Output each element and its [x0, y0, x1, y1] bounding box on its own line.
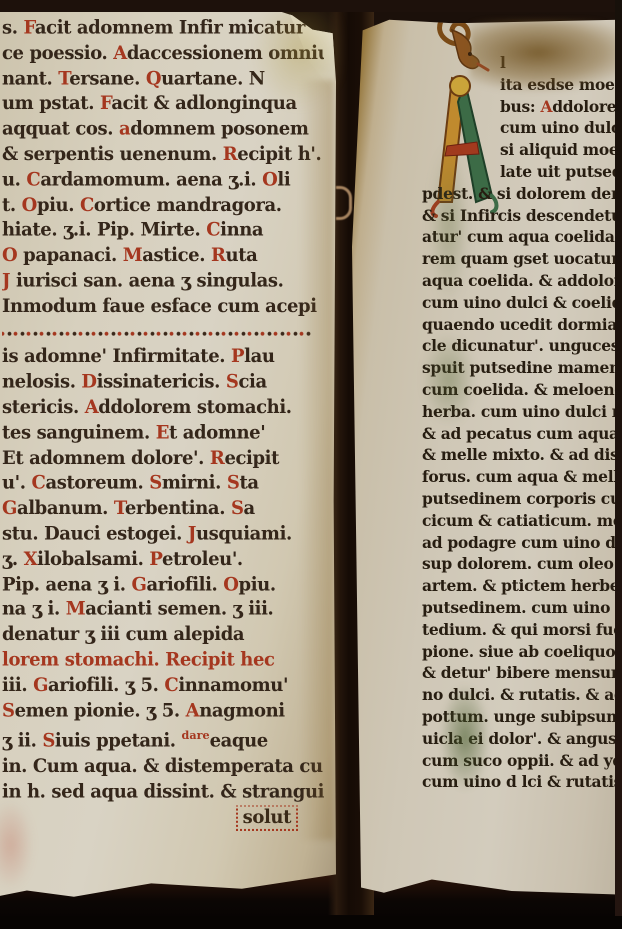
rubric-text: S: [2, 700, 15, 721]
ink-text: etroleu'.: [162, 548, 243, 569]
ink-text: cum uino d lci & rutatis. & ur: [422, 772, 618, 791]
rubric-text: C: [26, 169, 40, 190]
ink-text: ersane.: [69, 68, 146, 89]
ink-text: in. Cum aqua. & distemperata cu': [2, 756, 324, 777]
frame-bottom: [0, 916, 622, 929]
rubric-text: Q: [146, 68, 161, 89]
text-line: cum suco oppii. & ad ydropici: [422, 750, 618, 772]
rubric-text: M: [66, 599, 86, 620]
ink-text: u'.: [2, 472, 32, 493]
ink-text: ce poessio.: [2, 42, 113, 63]
text-line: nant. Tersane. Quartane. N: [2, 67, 324, 92]
text-line: forus. cum aqua & melle: [422, 466, 618, 488]
ink-text: spuit putsedine mamensi: [422, 358, 618, 377]
text-line: ita esdse moelus: [422, 74, 618, 96]
ink-text: artem. & ptictem herbe nat: [422, 576, 618, 595]
ink-text: ʒ.: [2, 548, 24, 569]
ink-text: pottum. unge subipsum: [422, 707, 618, 726]
ink-text: in h. sed aqua dissint. & stranguina: [2, 781, 324, 802]
text-line: ce poessio. Adaccessionem omnium: [2, 41, 324, 66]
ink-text: lau: [244, 346, 274, 367]
text-line: & serpentis uenenum. Recipit h'.: [2, 142, 324, 167]
text-line: stu. Dauci estogei. Jusquiami.: [2, 522, 324, 547]
rubric-text: a: [119, 118, 130, 139]
ink-text: denatur ʒ iii cum alepida: [2, 624, 244, 645]
ink-text: & serpentis uenenum.: [2, 143, 223, 164]
rubric-text: A: [113, 42, 127, 63]
ink-text: innamomu': [178, 675, 288, 696]
rubric-text: R: [211, 245, 226, 266]
ink-text: uartane. N: [161, 68, 265, 89]
text-line: Semen pionie. ʒ 5. Anagmoni: [2, 699, 324, 724]
text-line: ʒ ii. Siuis ppetani. dareeaque: [2, 724, 324, 754]
ink-text: cum suco oppii. & ad ydropici: [422, 751, 618, 770]
text-line: cum uino d lci & rutatis. & ur: [422, 771, 618, 793]
ink-text: na ʒ i.: [2, 599, 66, 620]
rubric-text: D: [81, 371, 96, 392]
text-line: pdest. & si dolorem dentium: [422, 183, 618, 205]
ink-text: ariofili. ʒ 5.: [48, 675, 164, 696]
ink-text: mirni.: [162, 472, 227, 493]
text-line: rem quam gset uocatur' a: [422, 248, 618, 270]
ink-text: acit & adlonginqua: [111, 93, 296, 114]
ink-text: bus:: [500, 97, 540, 116]
ink-text: ta: [239, 472, 258, 493]
ink-text: & ad pecatus cum aqua coel: [422, 424, 618, 443]
ink-text: cicum & catiaticum. mensi: [422, 511, 618, 530]
ink-text: a: [244, 498, 255, 519]
ink-text: ddolorem stomachi.: [98, 396, 291, 417]
rubric-text: P: [231, 346, 244, 367]
ink-text: & melle mixto. & ad dissi: [422, 445, 618, 464]
text-line: J iurisci san. aena ʒ singulas.: [2, 269, 324, 294]
rubric-text: A: [540, 97, 552, 116]
rubric-text: S: [227, 472, 240, 493]
ink-text: ardamomum. aena ʒ.i.: [40, 169, 262, 190]
rubric-text: X: [24, 548, 38, 569]
ink-text: nagmoni: [199, 700, 285, 721]
text-line: Galbanum. Terbentina. Sa: [2, 497, 324, 522]
ink-text: pdest. & si dolorem dentium: [422, 184, 618, 203]
text-line: s. Facit adomnem Infir micatur': [2, 16, 324, 41]
text-line: spuit putsedine mamensi: [422, 357, 618, 379]
ink-text: l: [500, 53, 506, 72]
rubric-text: S: [149, 472, 162, 493]
text-line: atur' cum aqua coelida & a: [422, 226, 618, 248]
binding-thread: [336, 186, 352, 220]
ink-text: cum uino dulci & coelido m: [422, 293, 618, 312]
left-page-text: s. Facit adomnem Infir micatur'ce poessi…: [0, 16, 324, 830]
ink-text: no dulci. & rutatis. & ad femi: [422, 685, 618, 704]
text-line: bus: Addolorem e: [422, 96, 618, 118]
rubric-text: S: [226, 371, 239, 392]
text-line: aqquat cos. adomnem posonem: [2, 117, 324, 142]
ink-text: ariofili.: [146, 573, 223, 594]
rubric-text: G: [2, 498, 17, 519]
text-line: u'. Castoreum. Smirni. Sta: [2, 471, 324, 496]
text-line: late uit putsedini: [422, 161, 618, 183]
text-line: artem. & ptictem herbe nat: [422, 575, 618, 597]
ink-text: issinatericis.: [97, 371, 226, 392]
text-line: putsedinem. cum uino dul: [422, 597, 618, 619]
ink-text: si aliquid moeli Inip: [500, 140, 618, 159]
text-line: u. Cardamomum. aena ʒ.i. Oli: [2, 168, 324, 193]
text-line: pione. siue ab coeliquo sepone: [422, 641, 618, 663]
text-line: in. Cum aqua. & distemperata cu': [2, 755, 324, 780]
ink-text: cum coelida. & meloencoli: [422, 380, 618, 399]
ink-text: cia: [239, 371, 267, 392]
text-line: aqua coelida. & addolorem: [422, 270, 618, 292]
text-line: Pip. aena ʒ i. Gariofili. Opiu.: [2, 572, 324, 597]
ink-text: ʒ ii.: [2, 730, 42, 751]
rubric-text: C: [206, 219, 220, 240]
text-line: Inmodum faue esface cum acepi: [2, 294, 324, 319]
ink-text: nant.: [2, 68, 58, 89]
rubric-text: A: [186, 700, 200, 721]
ink-text: ddolorem e: [552, 97, 618, 116]
ink-text: usquiami.: [196, 523, 292, 544]
right-page: lita esdse moelusbus: Addolorem ecum uin…: [352, 18, 618, 898]
text-line: nelosis. Dissinatericis. Scia: [2, 370, 324, 395]
ink-text: iuis ppetani.: [55, 730, 182, 751]
ink-text: uta: [226, 245, 258, 266]
text-line: tedium. & qui morsi fuerint: [422, 619, 618, 641]
text-line: tes sanguinem. Et adomne': [2, 421, 324, 446]
ink-text: t adomne': [169, 422, 265, 443]
ink-text: aqua coelida. & addolorem: [422, 271, 618, 290]
text-line: cicum & catiaticum. mensi: [422, 510, 618, 532]
rubric-text: R: [210, 447, 225, 468]
rubric-text: O: [223, 573, 238, 594]
ink-text: Inmodum faue esface cum acepi: [2, 295, 317, 316]
text-line: solut: [2, 805, 324, 830]
rubric-text: E: [156, 422, 169, 443]
text-line: l: [422, 52, 618, 74]
rubric-text: F: [100, 93, 111, 114]
ink-text: papanaci.: [17, 245, 122, 266]
text-line: t. Opiu. Cortice mandragora.: [2, 193, 324, 218]
rubric-text: O: [2, 245, 17, 266]
ink-text: u.: [2, 169, 26, 190]
ink-text: hiate. ʒ.i. Pip. Mirte.: [2, 219, 206, 240]
ink-text: albanum.: [17, 498, 114, 519]
rubric-text: S: [231, 498, 244, 519]
ink-text: iii.: [2, 675, 33, 696]
rubric-text: C: [32, 472, 46, 493]
text-line: iii. Gariofili. ʒ 5. Cinnamomu': [2, 674, 324, 699]
rubric-text: O: [262, 169, 277, 190]
text-line: is adomne' Infirmitate. Plau: [2, 345, 324, 370]
text-line: ʒ. Xilobalsami. Petroleu'.: [2, 547, 324, 572]
ink-text: stericis.: [2, 396, 85, 417]
text-line: herba. cum uino dulci m: [422, 401, 618, 423]
text-line: putsedinem corporis cum: [422, 488, 618, 510]
ink-text: eaque: [210, 730, 268, 751]
rubric-text: G: [33, 675, 48, 696]
ink-text: atur' cum aqua coelida & a: [422, 227, 618, 246]
ink-text: nelosis.: [2, 371, 81, 392]
text-line: in h. sed aqua dissint. & stranguina: [2, 780, 324, 805]
ink-text: aqquat cos.: [2, 118, 119, 139]
ink-text: acianti semen. ʒ iii.: [85, 599, 273, 620]
ink-text: cle dicunatur'. unguces: [422, 336, 618, 355]
text-line: cle dicunatur'. unguces: [422, 335, 618, 357]
manuscript-photo: s. Facit adomnem Infir micatur'ce poessi…: [0, 0, 622, 929]
ink-text: domnem posonem: [130, 118, 308, 139]
text-line: O papanaci. Mastice. Ruta: [2, 244, 324, 269]
text-line: & ad pecatus cum aqua coel: [422, 423, 618, 445]
rubric-text: C: [80, 194, 94, 215]
rubric-text: G: [131, 573, 146, 594]
ink-text: ilobalsami.: [37, 548, 149, 569]
ink-text: pione. siue ab coeliquo sepone: [422, 642, 618, 661]
rubric-text: S: [42, 730, 55, 751]
rubric-text: J: [188, 523, 196, 544]
rubric-text: P: [149, 548, 162, 569]
rubric-text: C: [164, 675, 178, 696]
ink-text: ortice mandragora.: [94, 194, 282, 215]
text-line: & detur' bibere mensure m: [422, 662, 618, 684]
ink-text: late uit putsedini: [500, 162, 618, 181]
ink-text: cum uino dulci & co: [500, 118, 618, 137]
ink-text: erbentina.: [125, 498, 231, 519]
dotted-divider: [2, 320, 311, 345]
ink-text: putsedinem. cum uino dul: [422, 598, 618, 617]
text-line: denatur ʒ iii cum alepida: [2, 623, 324, 648]
ink-text: tes sanguinem.: [2, 422, 156, 443]
ink-text: uicla ei dolor'. & angustie u: [422, 729, 618, 748]
ink-text: tedium. & qui morsi fuerint: [422, 620, 618, 639]
ink-text: emen pionie. ʒ 5.: [15, 700, 186, 721]
ink-text: ecipit: [224, 447, 279, 468]
ink-text: putsedinem corporis cum: [422, 489, 618, 508]
right-page-text: lita esdse moelusbus: Addolorem ecum uin…: [422, 52, 618, 793]
text-line: cum uino dulci & co: [422, 117, 618, 139]
ink-text: ad podagre cum uino dule: [422, 533, 618, 552]
ink-text: piu.: [239, 573, 276, 594]
text-line: cum coelida. & meloencoli: [422, 379, 618, 401]
ink-text: herba. cum uino dulci m: [422, 402, 618, 421]
rubric-text: A: [85, 396, 99, 417]
text-line: cum uino dulci & coelido m: [422, 292, 618, 314]
ink-text: daccessionem omnium: [127, 42, 324, 63]
ink-text: um pstat.: [2, 93, 100, 114]
text-line: lorem stomachi. Recipit hec: [2, 648, 324, 673]
text-line: quaendo ucedit dormiatur: [422, 314, 618, 336]
ink-text: stu. Dauci estogei.: [2, 523, 188, 544]
rubric-text: M: [123, 245, 143, 266]
rubric-text: T: [114, 498, 125, 519]
ink-text: Pip. aena ʒ i.: [2, 573, 131, 594]
rubric-text: lorem stomachi. Recipit hec: [2, 649, 275, 670]
rubric-text: J: [2, 270, 10, 291]
ink-text: li: [277, 169, 290, 190]
ink-text: inna: [220, 219, 263, 240]
text-line: no dulci. & rutatis. & ad femi: [422, 684, 618, 706]
ink-text: solut: [236, 805, 298, 830]
rubric-text: T: [58, 68, 69, 89]
rubric-text: dare: [182, 729, 210, 742]
ink-text: astice.: [142, 245, 211, 266]
text-line: sup dolorem. cum oleo rosto. &: [422, 553, 618, 575]
text-line: si aliquid moeli Inip: [422, 139, 618, 161]
text-line: uicla ei dolor'. & angustie u: [422, 728, 618, 750]
ink-text: t.: [2, 194, 22, 215]
ink-text: acit adomnem Infir micatur': [35, 17, 310, 38]
text-line: & si Infircis descendetur. & c: [422, 205, 618, 227]
ink-text: forus. cum aqua & melle: [422, 467, 618, 486]
text-line: na ʒ i. Macianti semen. ʒ iii.: [2, 598, 324, 623]
ink-text: s.: [2, 17, 23, 38]
text-line: pottum. unge subipsum: [422, 706, 618, 728]
text-line: um pstat. Facit & adlonginqua: [2, 92, 324, 117]
text-line: ad podagre cum uino dule: [422, 532, 618, 554]
ink-text: quaendo ucedit dormiatur: [422, 315, 618, 334]
ink-text: iurisci san. aena ʒ singulas.: [10, 270, 283, 291]
ink-text: & detur' bibere mensure m: [422, 663, 618, 682]
ink-text: ita esdse moelus: [500, 75, 618, 94]
ink-text: is adomne' Infirmitate.: [2, 346, 231, 367]
frame-top: [0, 0, 622, 12]
text-line: Et adomnem dolore'. Recipit: [2, 446, 324, 471]
ink-text: sup dolorem. cum oleo rosto. &: [422, 554, 618, 573]
rubric-text: R: [223, 143, 238, 164]
ink-text: rem quam gset uocatur' a: [422, 249, 618, 268]
ink-text: Et adomnem dolore'.: [2, 447, 210, 468]
frame-right: [615, 0, 622, 929]
rubric-text: F: [23, 17, 34, 38]
ink-text: & si Infircis descendetur. & c: [422, 206, 618, 225]
left-page: s. Facit adomnem Infir micatur'ce poessi…: [0, 10, 336, 903]
text-line: & melle mixto. & ad dissi: [422, 444, 618, 466]
text-line: stericis. Addolorem stomachi.: [2, 395, 324, 420]
ink-text: ecipit h'.: [237, 143, 321, 164]
ink-text: piu.: [37, 194, 80, 215]
text-line: hiate. ʒ.i. Pip. Mirte. Cinna: [2, 218, 324, 243]
rubric-text: O: [22, 194, 37, 215]
ink-text: astoreum.: [45, 472, 149, 493]
